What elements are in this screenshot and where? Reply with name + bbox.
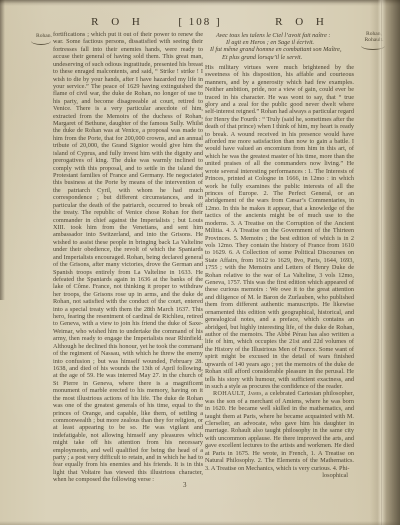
entry-rohault: ROHAULT, James, a celebrated Cartesian p…	[205, 390, 354, 472]
margin-note-flourish	[361, 45, 385, 50]
margin-note-right: Rohan, Rohault.	[356, 31, 392, 50]
left-column: fortifications ; which put it out of the…	[53, 31, 203, 484]
voltaire-verse: Avec tous les talens le Ciel l’avoit fai…	[205, 32, 354, 61]
margin-note-left: Rohan.	[18, 33, 52, 45]
entry-rohault-text: a celebrated Cartesian philosopher, was …	[205, 390, 354, 471]
entry-rohault-name: James,	[248, 390, 263, 397]
page-edge-top	[0, 0, 400, 6]
signature-mark: 3	[183, 481, 187, 489]
verse-line: Il fut même grand homme en combattant so…	[210, 46, 354, 53]
entry-rohan-text: fortifications ; which put it out of the…	[53, 31, 203, 484]
running-title-left: R O H	[78, 16, 158, 28]
entry-rohan-continuation-text: His military virtues were much brightene…	[205, 64, 354, 391]
book-page: R O H [ 108 ] R O H Rohan. Rohan, Rohaul…	[0, 0, 400, 525]
verse-line: Avec tous les talens le Ciel l’avoit fai…	[216, 32, 354, 39]
page-edge-bottom	[0, 521, 400, 525]
margin-note-left-label: Rohan.	[36, 33, 52, 39]
catchword: losophical	[205, 472, 354, 479]
margin-note-right-label-2: Rohault.	[356, 37, 392, 43]
verse-line: Et plus grand lorsqu’il le servit.	[222, 54, 354, 61]
entry-rohault-headword: ROHAULT,	[213, 390, 246, 397]
page-number: [ 108 ]	[158, 16, 242, 28]
page-edge-crease	[381, 0, 382, 525]
verse-line: Il agit en Heros ; en Sage il écrivit.	[226, 39, 354, 46]
running-title-right: R O H	[262, 16, 342, 28]
margin-note-flourish	[31, 40, 51, 45]
page-edge-left	[0, 0, 5, 300]
page-edge-right	[370, 0, 400, 525]
right-column: Avec tous les talens le Ciel l’avoit fai…	[205, 31, 354, 479]
